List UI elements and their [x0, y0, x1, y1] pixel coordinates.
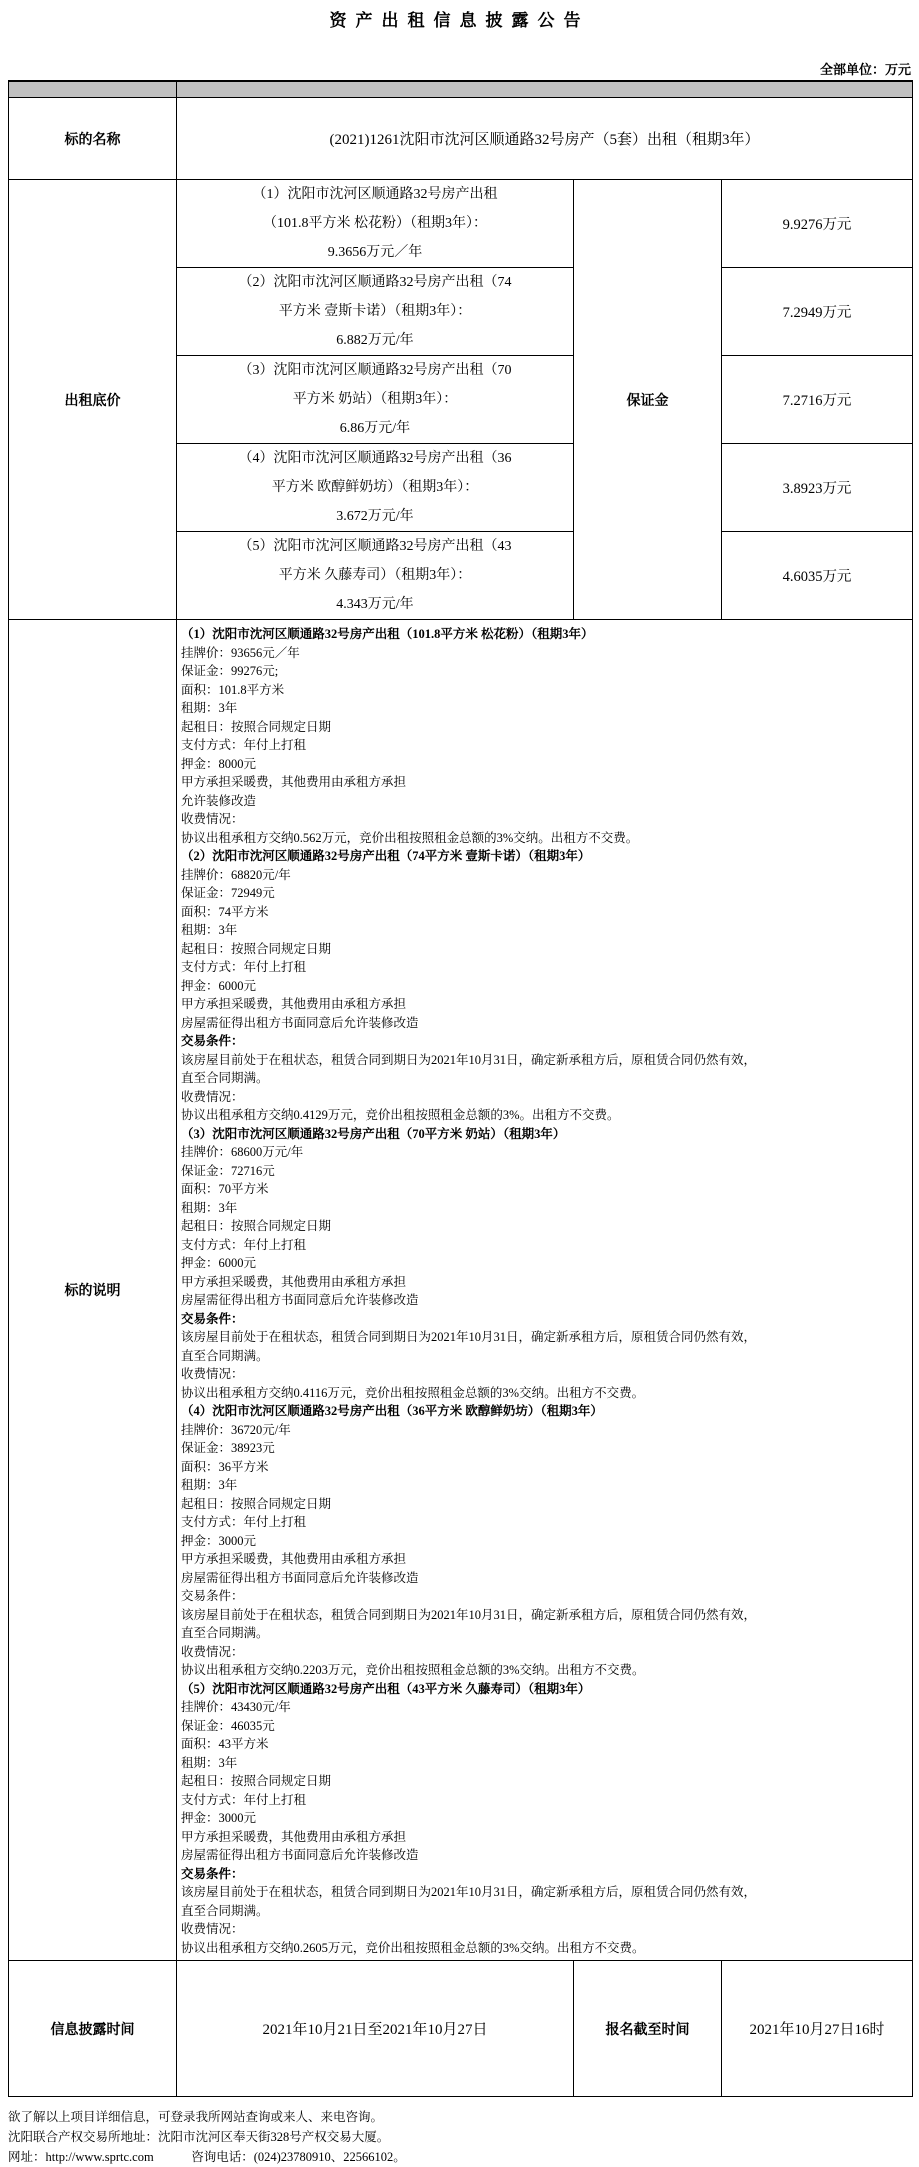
deposit-value-5: 4.6035万元: [722, 532, 912, 620]
description-line: 甲方承担采暖费，其他费用由承租方承担: [181, 995, 906, 1014]
description-line: 押金：3000元: [181, 1809, 906, 1828]
description-line: 租期：3年: [181, 1754, 906, 1773]
disclosure-period-label: 信息披露时间: [9, 1961, 177, 2096]
deposit-value-4: 3.8923万元: [722, 444, 912, 532]
description-line: 收费情况：: [181, 810, 906, 829]
description-line: （5）沈阳市沈河区顺通路32号房产出租（43平方米 久藤寿司）（租期3年）: [181, 1680, 906, 1699]
description-line: 协议出租承租方交纳0.2605万元，竞价出租按照租金总额的3%交纳。出租方不交费…: [181, 1939, 906, 1958]
description-line: 起租日：按照合同规定日期: [181, 718, 906, 737]
description-line: 保证金：99276元;: [181, 662, 906, 681]
description-line: 房屋需征得出租方书面同意后允许装修改造: [181, 1291, 906, 1310]
description-line: 租期：3年: [181, 1476, 906, 1495]
page-title: 资产出租信息披露公告: [8, 8, 911, 34]
description-line: 租期：3年: [181, 921, 906, 940]
subject-description-content: （1）沈阳市沈河区顺通路32号房产出租（101.8平方米 松花粉）（租期3年）挂…: [181, 625, 906, 1957]
description-line: 面积：43平方米: [181, 1735, 906, 1754]
description-line: 起租日：按照合同规定日期: [181, 1772, 906, 1791]
description-line: 交易条件：: [181, 1032, 906, 1051]
footer-line-contact: 网址：http://www.sprtc.com 咨询电话：(024)237809…: [8, 2147, 911, 2167]
description-line: 押金：6000元: [181, 1254, 906, 1273]
description-line: 支付方式：年付上打租: [181, 1513, 906, 1532]
description-line: 收费情况：: [181, 1920, 906, 1939]
subject-name-label: 标的名称: [9, 98, 177, 180]
description-line: 房屋需征得出租方书面同意后允许装修改造: [181, 1846, 906, 1865]
price-row-desc-1: （1）沈阳市沈河区顺通路32号房产出租 （101.8平方米 松花粉）（租期3年）…: [177, 180, 574, 268]
deposit-value-3: 7.2716万元: [722, 356, 912, 444]
description-line: 挂牌价：68820元/年: [181, 866, 906, 885]
description-line: 甲方承担采暖费，其他费用由承租方承担: [181, 1828, 906, 1847]
subject-name-value: (2021)1261沈阳市沈河区顺通路32号房产（5套）出租（租期3年）: [177, 98, 912, 180]
description-line: 支付方式：年付上打租: [181, 958, 906, 977]
description-line: 挂牌价：36720元/年: [181, 1421, 906, 1440]
description-line: 支付方式：年付上打租: [181, 1791, 906, 1810]
description-line: 面积：36平方米: [181, 1458, 906, 1477]
price-row-desc-2: （2）沈阳市沈河区顺通路32号房产出租（74 平方米 壹斯卡诺）（租期3年）： …: [177, 268, 574, 356]
description-line: 交易条件：: [181, 1310, 906, 1329]
description-line: 押金：6000元: [181, 977, 906, 996]
description-line: 保证金：38923元: [181, 1439, 906, 1458]
registration-deadline-value: 2021年10月27日16时: [722, 1961, 912, 2096]
description-line: 交易条件：: [181, 1587, 906, 1606]
description-line: 押金：8000元: [181, 755, 906, 774]
description-line: 起租日：按照合同规定日期: [181, 1217, 906, 1236]
description-line: 允许装修改造: [181, 792, 906, 811]
description-line: 支付方式：年付上打租: [181, 736, 906, 755]
description-line: 房屋需征得出租方书面同意后允许装修改造: [181, 1014, 906, 1033]
price-row-desc-5: （5）沈阳市沈河区顺通路32号房产出租（43 平方米 久藤寿司）（租期3年）： …: [177, 532, 574, 620]
disclosure-table: 标的名称 (2021)1261沈阳市沈河区顺通路32号房产（5套）出租（租期3年…: [8, 80, 913, 2097]
price-row-desc-4: （4）沈阳市沈河区顺通路32号房产出租（36 平方米 欧醇鲜奶坊）（租期3年）：…: [177, 444, 574, 532]
description-line: 协议出租承租方交纳0.4129万元，竞价出租按照租金总额的3%。出租方不交费。: [181, 1106, 906, 1125]
price-row-desc-3: （3）沈阳市沈河区顺通路32号房产出租（70 平方米 奶站）（租期3年）： 6.…: [177, 356, 574, 444]
description-line: 协议出租承租方交纳0.4116万元，竞价出租按照租金总额的3%交纳。出租方不交费…: [181, 1384, 906, 1403]
description-line: 保证金：72716元: [181, 1162, 906, 1181]
description-line: 协议出租承租方交纳0.562万元，竞价出租按照租金总额的3%交纳。出租方不交费。: [181, 829, 906, 848]
description-line: （1）沈阳市沈河区顺通路32号房产出租（101.8平方米 松花粉）（租期3年）: [181, 625, 906, 644]
announcement-page: 资产出租信息披露公告 全部单位：万元 标的名称 (2021)1261沈阳市沈河区…: [0, 8, 919, 2167]
base-price-label: 出租底价: [9, 180, 177, 620]
description-line: 甲方承担采暖费，其他费用由承租方承担: [181, 1550, 906, 1569]
description-line: 挂牌价：68600万元/年: [181, 1143, 906, 1162]
footer-line-address: 沈阳联合产权交易所地址：沈阳市沈河区奉天街328号产权交易大厦。: [8, 2127, 911, 2147]
description-line: 挂牌价：93656元／年: [181, 644, 906, 663]
description-line: 收费情况：: [181, 1365, 906, 1384]
unit-note: 全部单位：万元: [8, 62, 911, 78]
table-header-cell-left: [9, 82, 177, 98]
deposit-label: 保证金: [574, 180, 722, 620]
description-line: 收费情况：: [181, 1088, 906, 1107]
table-header-cell-right: [177, 82, 912, 98]
disclosure-period-value: 2021年10月21日至2021年10月27日: [177, 1961, 574, 2096]
description-line: 面积：101.8平方米: [181, 681, 906, 700]
description-line: （3）沈阳市沈河区顺通路32号房产出租（70平方米 奶站）（租期3年）: [181, 1125, 906, 1144]
description-line: 该房屋目前处于在租状态，租赁合同到期日为2021年10月31日，确定新承租方后，…: [181, 1051, 906, 1088]
description-line: 支付方式：年付上打租: [181, 1236, 906, 1255]
description-line: 房屋需征得出租方书面同意后允许装修改造: [181, 1569, 906, 1588]
deposit-value-1: 9.9276万元: [722, 180, 912, 268]
description-line: 保证金：72949元: [181, 884, 906, 903]
description-line: （2）沈阳市沈河区顺通路32号房产出租（74平方米 壹斯卡诺）（租期3年）: [181, 847, 906, 866]
description-line: 租期：3年: [181, 1199, 906, 1218]
subject-description-cell: （1）沈阳市沈河区顺通路32号房产出租（101.8平方米 松花粉）（租期3年）挂…: [177, 620, 912, 1961]
description-line: 甲方承担采暖费，其他费用由承租方承担: [181, 1273, 906, 1292]
description-line: 面积：74平方米: [181, 903, 906, 922]
deposit-value-2: 7.2949万元: [722, 268, 912, 356]
description-line: 甲方承担采暖费，其他费用由承租方承担: [181, 773, 906, 792]
description-line: 起租日：按照合同规定日期: [181, 1495, 906, 1514]
description-line: 起租日：按照合同规定日期: [181, 940, 906, 959]
description-line: 挂牌价：43430元/年: [181, 1698, 906, 1717]
description-line: 交易条件：: [181, 1865, 906, 1884]
description-line: 租期：3年: [181, 699, 906, 718]
footer-line-info: 欲了解以上项目详细信息，可登录我所网站查询或来人、来电咨询。: [8, 2107, 911, 2127]
description-line: 押金：3000元: [181, 1532, 906, 1551]
description-line: 该房屋目前处于在租状态，租赁合同到期日为2021年10月31日，确定新承租方后，…: [181, 1328, 906, 1365]
description-line: （4）沈阳市沈河区顺通路32号房产出租（36平方米 欧醇鲜奶坊）（租期3年）: [181, 1402, 906, 1421]
description-line: 协议出租承租方交纳0.2203万元，竞价出租按照租金总额的3%交纳。出租方不交费…: [181, 1661, 906, 1680]
description-line: 面积：70平方米: [181, 1180, 906, 1199]
description-line: 该房屋目前处于在租状态，租赁合同到期日为2021年10月31日，确定新承租方后，…: [181, 1606, 906, 1643]
footer: 欲了解以上项目详细信息，可登录我所网站查询或来人、来电咨询。 沈阳联合产权交易所…: [8, 2107, 911, 2167]
description-line: 收费情况：: [181, 1643, 906, 1662]
description-line: 该房屋目前处于在租状态，租赁合同到期日为2021年10月31日，确定新承租方后，…: [181, 1883, 906, 1920]
subject-description-label: 标的说明: [9, 620, 177, 1961]
registration-deadline-label: 报名截至时间: [574, 1961, 722, 2096]
description-line: 保证金：46035元: [181, 1717, 906, 1736]
